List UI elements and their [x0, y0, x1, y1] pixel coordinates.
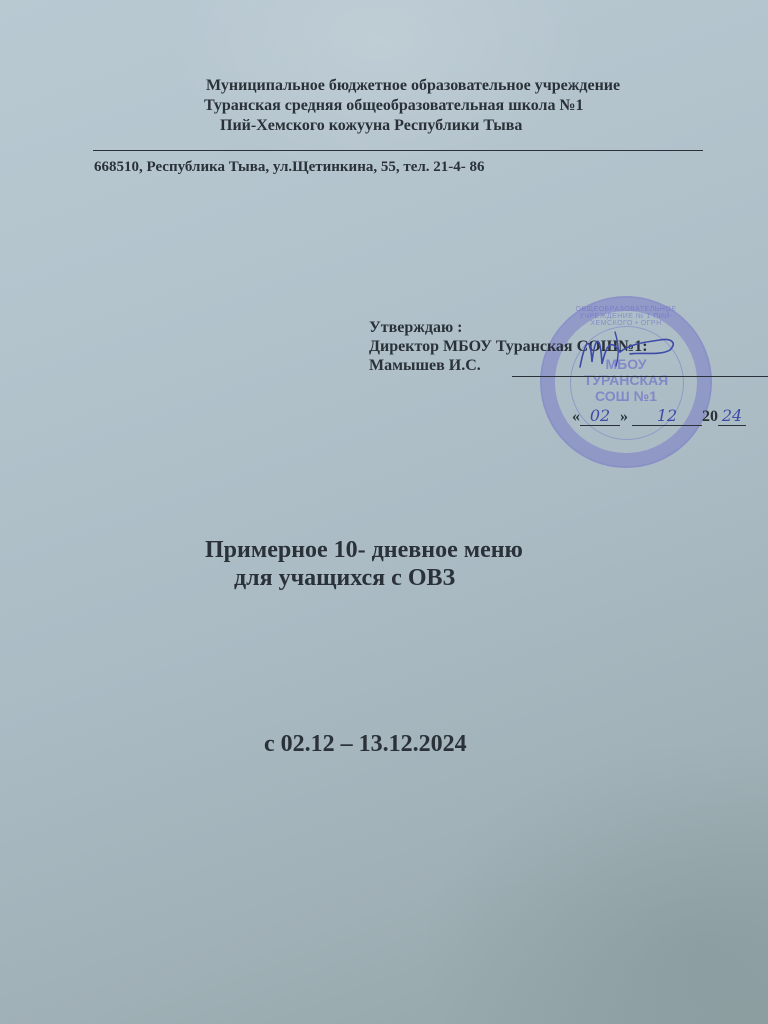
- menu-period: с 02.12 – 13.12.2024: [264, 731, 467, 758]
- stamp-line-3: СОШ №1: [542, 388, 710, 404]
- date-month: 12: [632, 406, 702, 426]
- date-day: 02: [580, 406, 620, 426]
- institution-address: 668510, Республика Тыва, ул.Щетинкина, 5…: [94, 159, 485, 176]
- institution-name-line-3: Пий-Хемского кожууна Республики Тыва: [220, 116, 522, 136]
- institution-name-line-1: Муниципальное бюджетное образовательное …: [206, 76, 620, 96]
- approval-date: «02»122024: [572, 406, 746, 426]
- institution-name-line-2: Туранская средняя общеобразовательная шк…: [204, 96, 584, 116]
- date-open-quote: «: [572, 408, 580, 425]
- signature-line: [512, 376, 768, 377]
- date-close-quote: »: [620, 408, 628, 425]
- paper-background: [0, 0, 768, 1024]
- title-line-2: для учащихся с ОВЗ: [234, 564, 455, 592]
- date-year-prefix: 20: [702, 408, 718, 425]
- signature-icon: [560, 322, 690, 372]
- date-year-suffix: 24: [718, 406, 746, 426]
- header-divider: [93, 150, 703, 151]
- title-line-1: Примерное 10- дневное меню: [205, 536, 523, 564]
